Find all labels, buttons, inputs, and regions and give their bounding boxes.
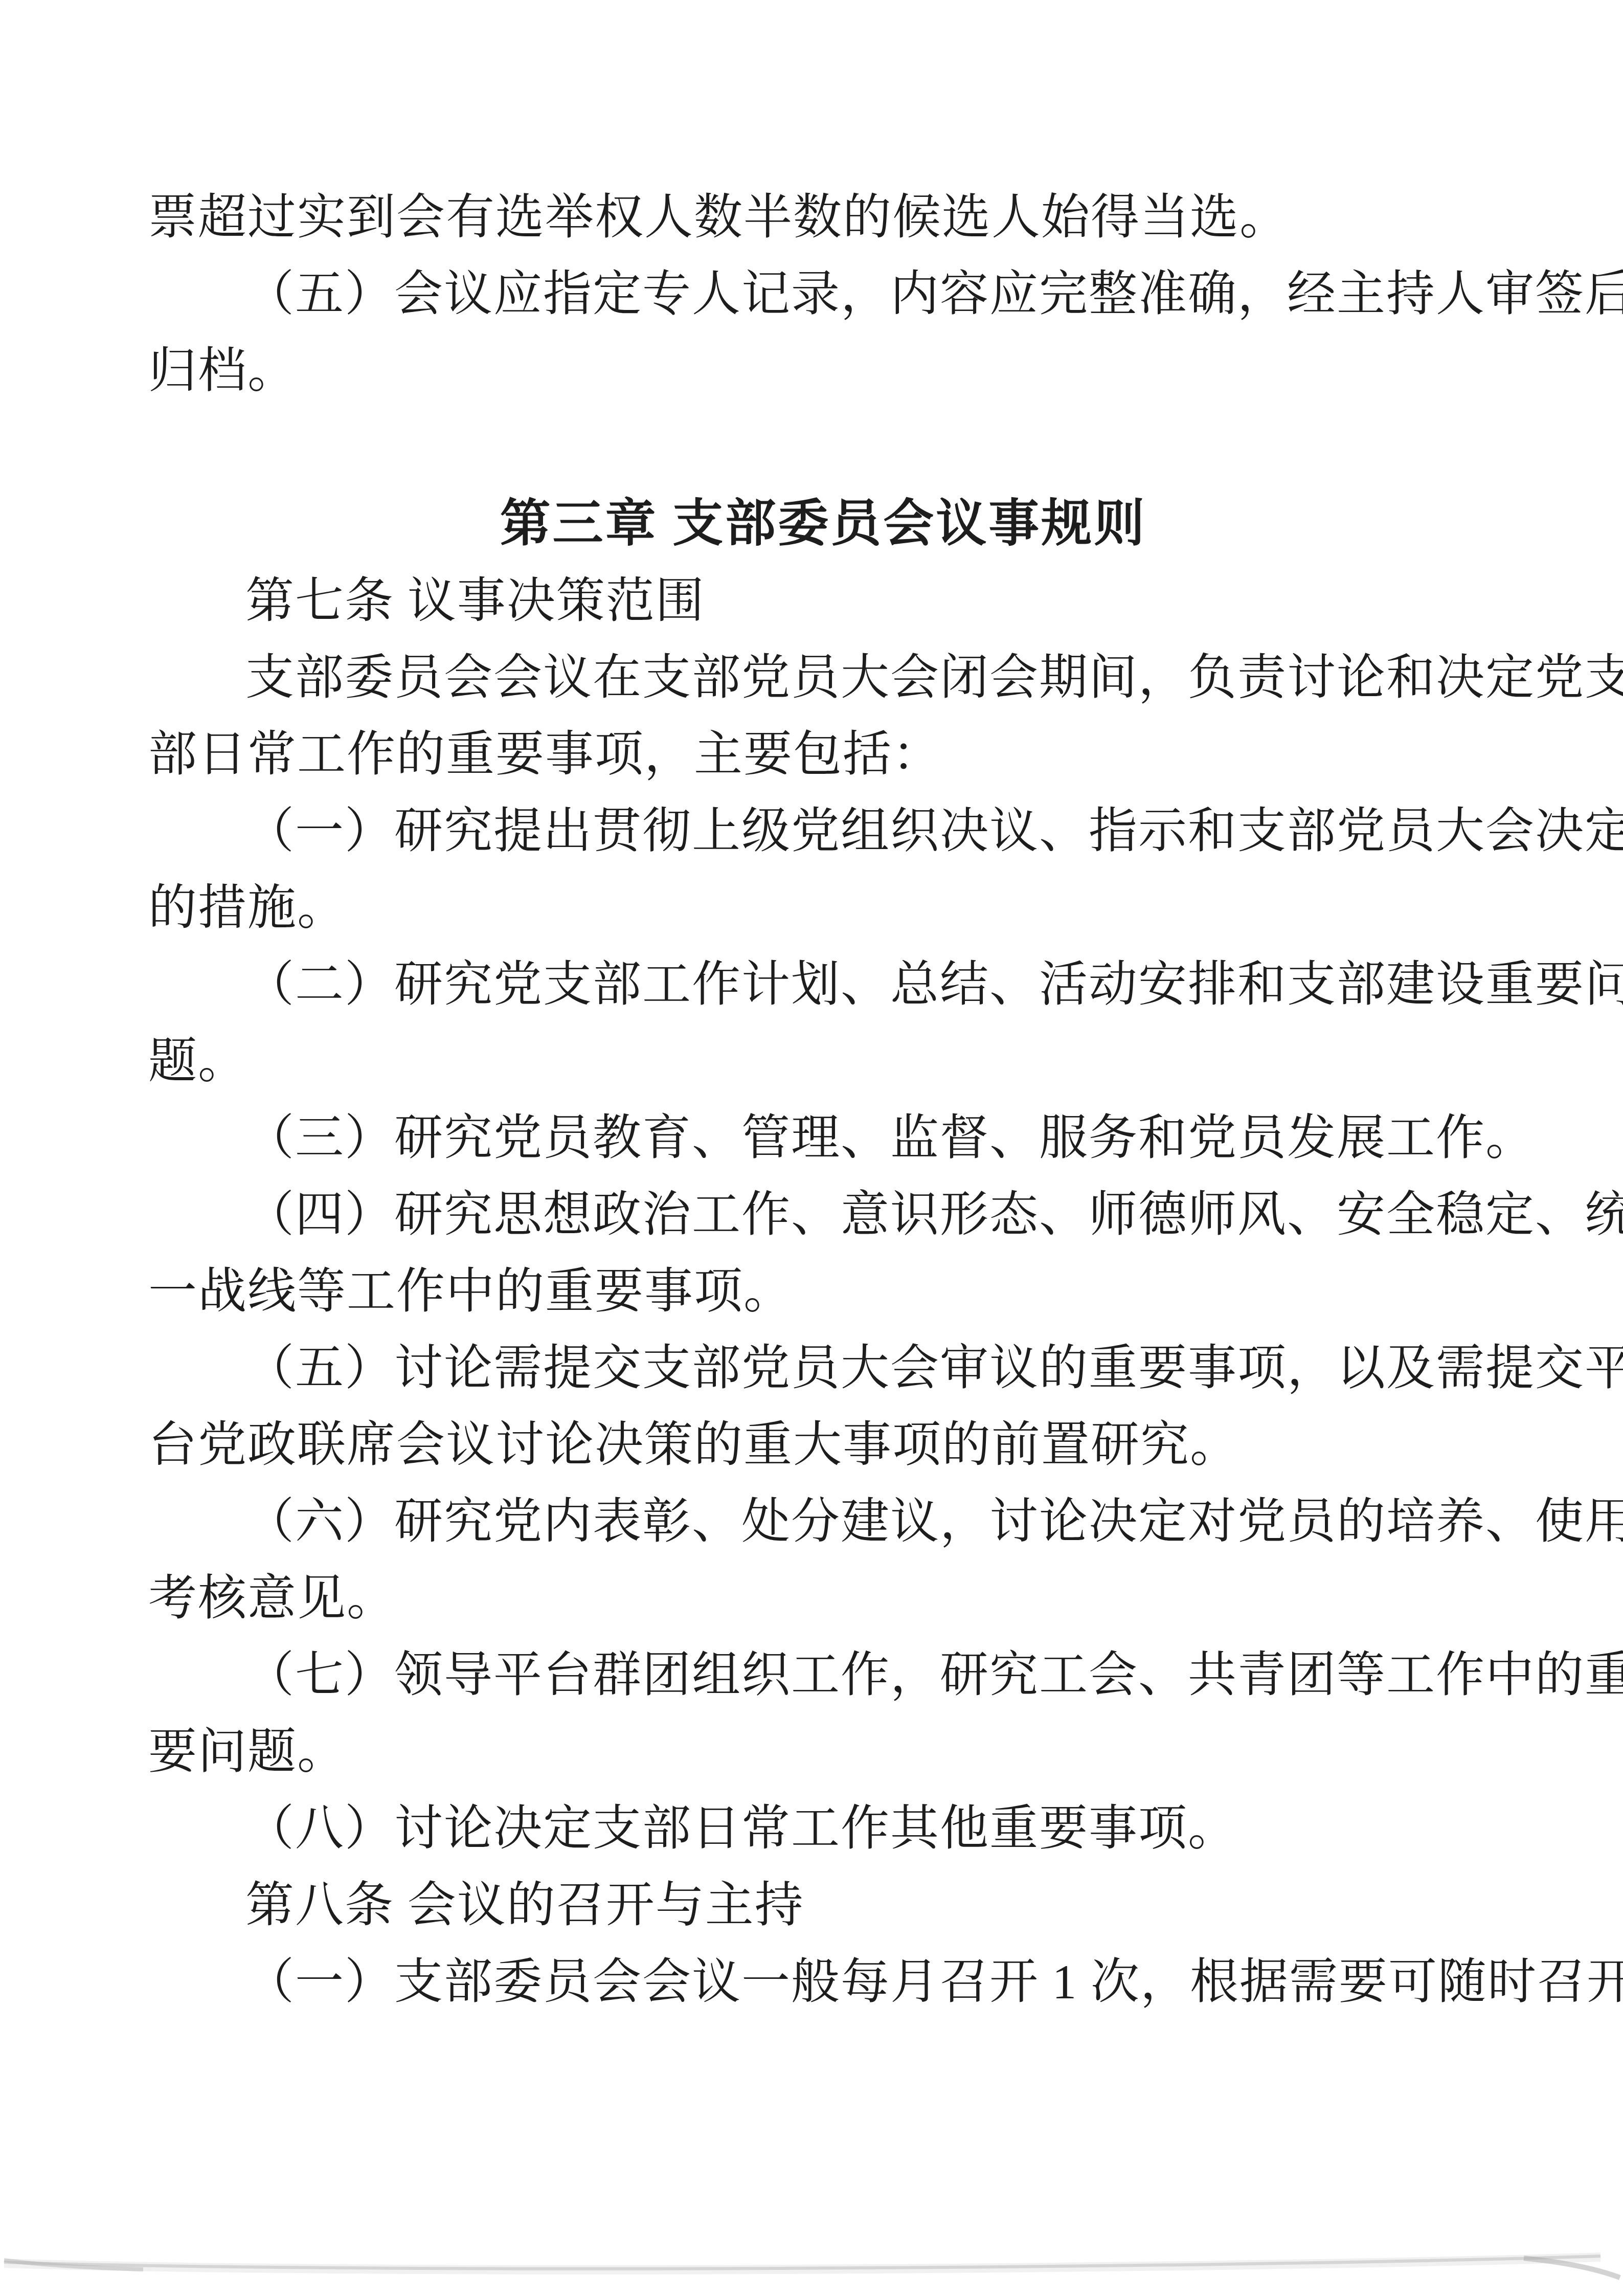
document-content: 票超过实到会有选举权人数半数的候选人始得当选。（五）会议应指定专人记录，内容应完…	[148, 179, 1498, 2020]
text-line: 归档。	[148, 332, 1498, 409]
text-line: （六）研究党内表彰、处分建议，讨论决定对党员的培养、使用、	[148, 1483, 1498, 1560]
page-edge-shadow	[0, 2243, 1623, 2296]
text-line: 支部委员会会议在支部党员大会闭会期间，负责讨论和决定党支	[148, 639, 1498, 716]
text-line: （二）研究党支部工作计划、总结、活动安排和支部建设重要问	[148, 946, 1498, 1023]
text-line: （三）研究党员教育、管理、监督、服务和党员发展工作。	[148, 1100, 1498, 1176]
text-line: 第七条 议事决策范围	[148, 563, 1498, 639]
text-line: （一）研究提出贯彻上级党组织决议、指示和支部党员大会决定	[148, 793, 1498, 870]
blank-line	[148, 409, 1498, 486]
text-line: 要问题。	[148, 1713, 1498, 1790]
text-line: 票超过实到会有选举权人数半数的候选人始得当选。	[148, 179, 1498, 256]
text-line: （七）领导平台群团组织工作，研究工会、共青团等工作中的重	[148, 1637, 1498, 1713]
text-line: 考核意见。	[148, 1560, 1498, 1637]
text-line: 第八条 会议的召开与主持	[148, 1867, 1498, 1944]
text-line: 一战线等工作中的重要事项。	[148, 1253, 1498, 1330]
text-line: 的措施。	[148, 870, 1498, 946]
text-line: 部日常工作的重要事项，主要包括：	[148, 716, 1498, 793]
text-line: 台党政联席会议讨论决策的重大事项的前置研究。	[148, 1407, 1498, 1483]
text-line: （四）研究思想政治工作、意识形态、师德师风、安全稳定、统	[148, 1176, 1498, 1253]
text-line: （八）讨论决定支部日常工作其他重要事项。	[148, 1790, 1498, 1867]
text-line: （五）会议应指定专人记录，内容应完整准确，经主持人审签后	[148, 256, 1498, 332]
document-page: 票超过实到会有选举权人数半数的候选人始得当选。（五）会议应指定专人记录，内容应完…	[0, 0, 1623, 2296]
text-line: （五）讨论需提交支部党员大会审议的重要事项，以及需提交平	[148, 1330, 1498, 1407]
chapter-heading: 第三章 支部委员会议事规则	[148, 486, 1498, 563]
text-line: （一）支部委员会会议一般每月召开 1 次，根据需要可随时召开。	[148, 1944, 1498, 2020]
text-line: 题。	[148, 1023, 1498, 1100]
